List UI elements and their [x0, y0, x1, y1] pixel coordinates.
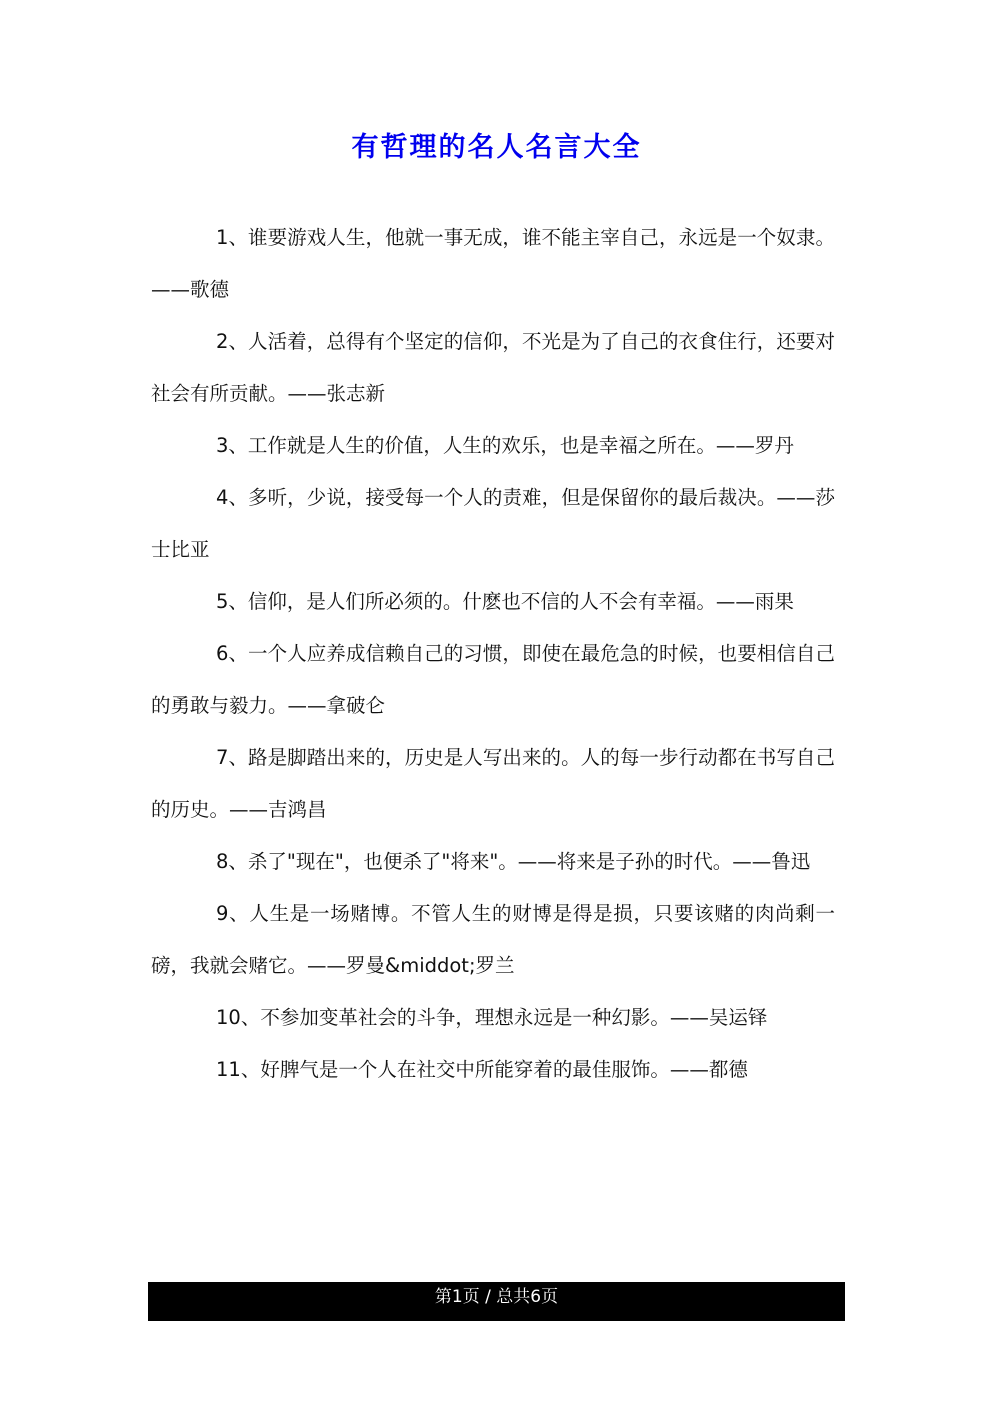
page-footer-bar: 第1页 / 总共6页 — [148, 1282, 845, 1321]
quote-item: 8、杀了"现在"，也便杀了"将来"。——将来是子孙的时代。——鲁迅 — [151, 836, 835, 888]
quote-item: 10、不参加变革社会的斗争，理想永远是一种幻影。——吴运铎 — [151, 992, 835, 1044]
quote-item: 4、多听，少说，接受每一个人的责难，但是保留你的最后裁决。——莎士比亚 — [151, 472, 835, 576]
document-title: 有哲理的名人名言大全 — [0, 128, 993, 168]
quote-item: 6、一个人应养成信赖自己的习惯，即使在最危急的时候，也要相信自己的勇敢与毅力。—… — [151, 628, 835, 732]
quote-item: 11、好脾气是一个人在社交中所能穿着的最佳服饰。——都德 — [151, 1044, 835, 1096]
quote-item: 7、路是脚踏出来的，历史是人写出来的。人的每一步行动都在书写自己的历史。——吉鸿… — [151, 732, 835, 836]
page-indicator: 第1页 / 总共6页 — [435, 1284, 558, 1310]
document-page: 有哲理的名人名言大全 1、谁要游戏人生，他就一事无成，谁不能主宰自己，永远是一个… — [0, 0, 993, 1404]
quote-item: 2、人活着，总得有个坚定的信仰，不光是为了自己的衣食住行，还要对社会有所贡献。—… — [151, 316, 835, 420]
quote-item: 5、信仰，是人们所必须的。什麽也不信的人不会有幸福。——雨果 — [151, 576, 835, 628]
quote-item: 1、谁要游戏人生，他就一事无成，谁不能主宰自己，永远是一个奴隶。——歌德 — [151, 212, 835, 316]
quote-list: 1、谁要游戏人生，他就一事无成，谁不能主宰自己，永远是一个奴隶。——歌德 2、人… — [151, 212, 835, 1096]
quote-item: 3、工作就是人生的价值，人生的欢乐，也是幸福之所在。——罗丹 — [151, 420, 835, 472]
quote-item: 9、人生是一场赌博。不管人生的财博是得是损，只要该赌的肉尚剩一磅，我就会赌它。—… — [151, 888, 835, 992]
